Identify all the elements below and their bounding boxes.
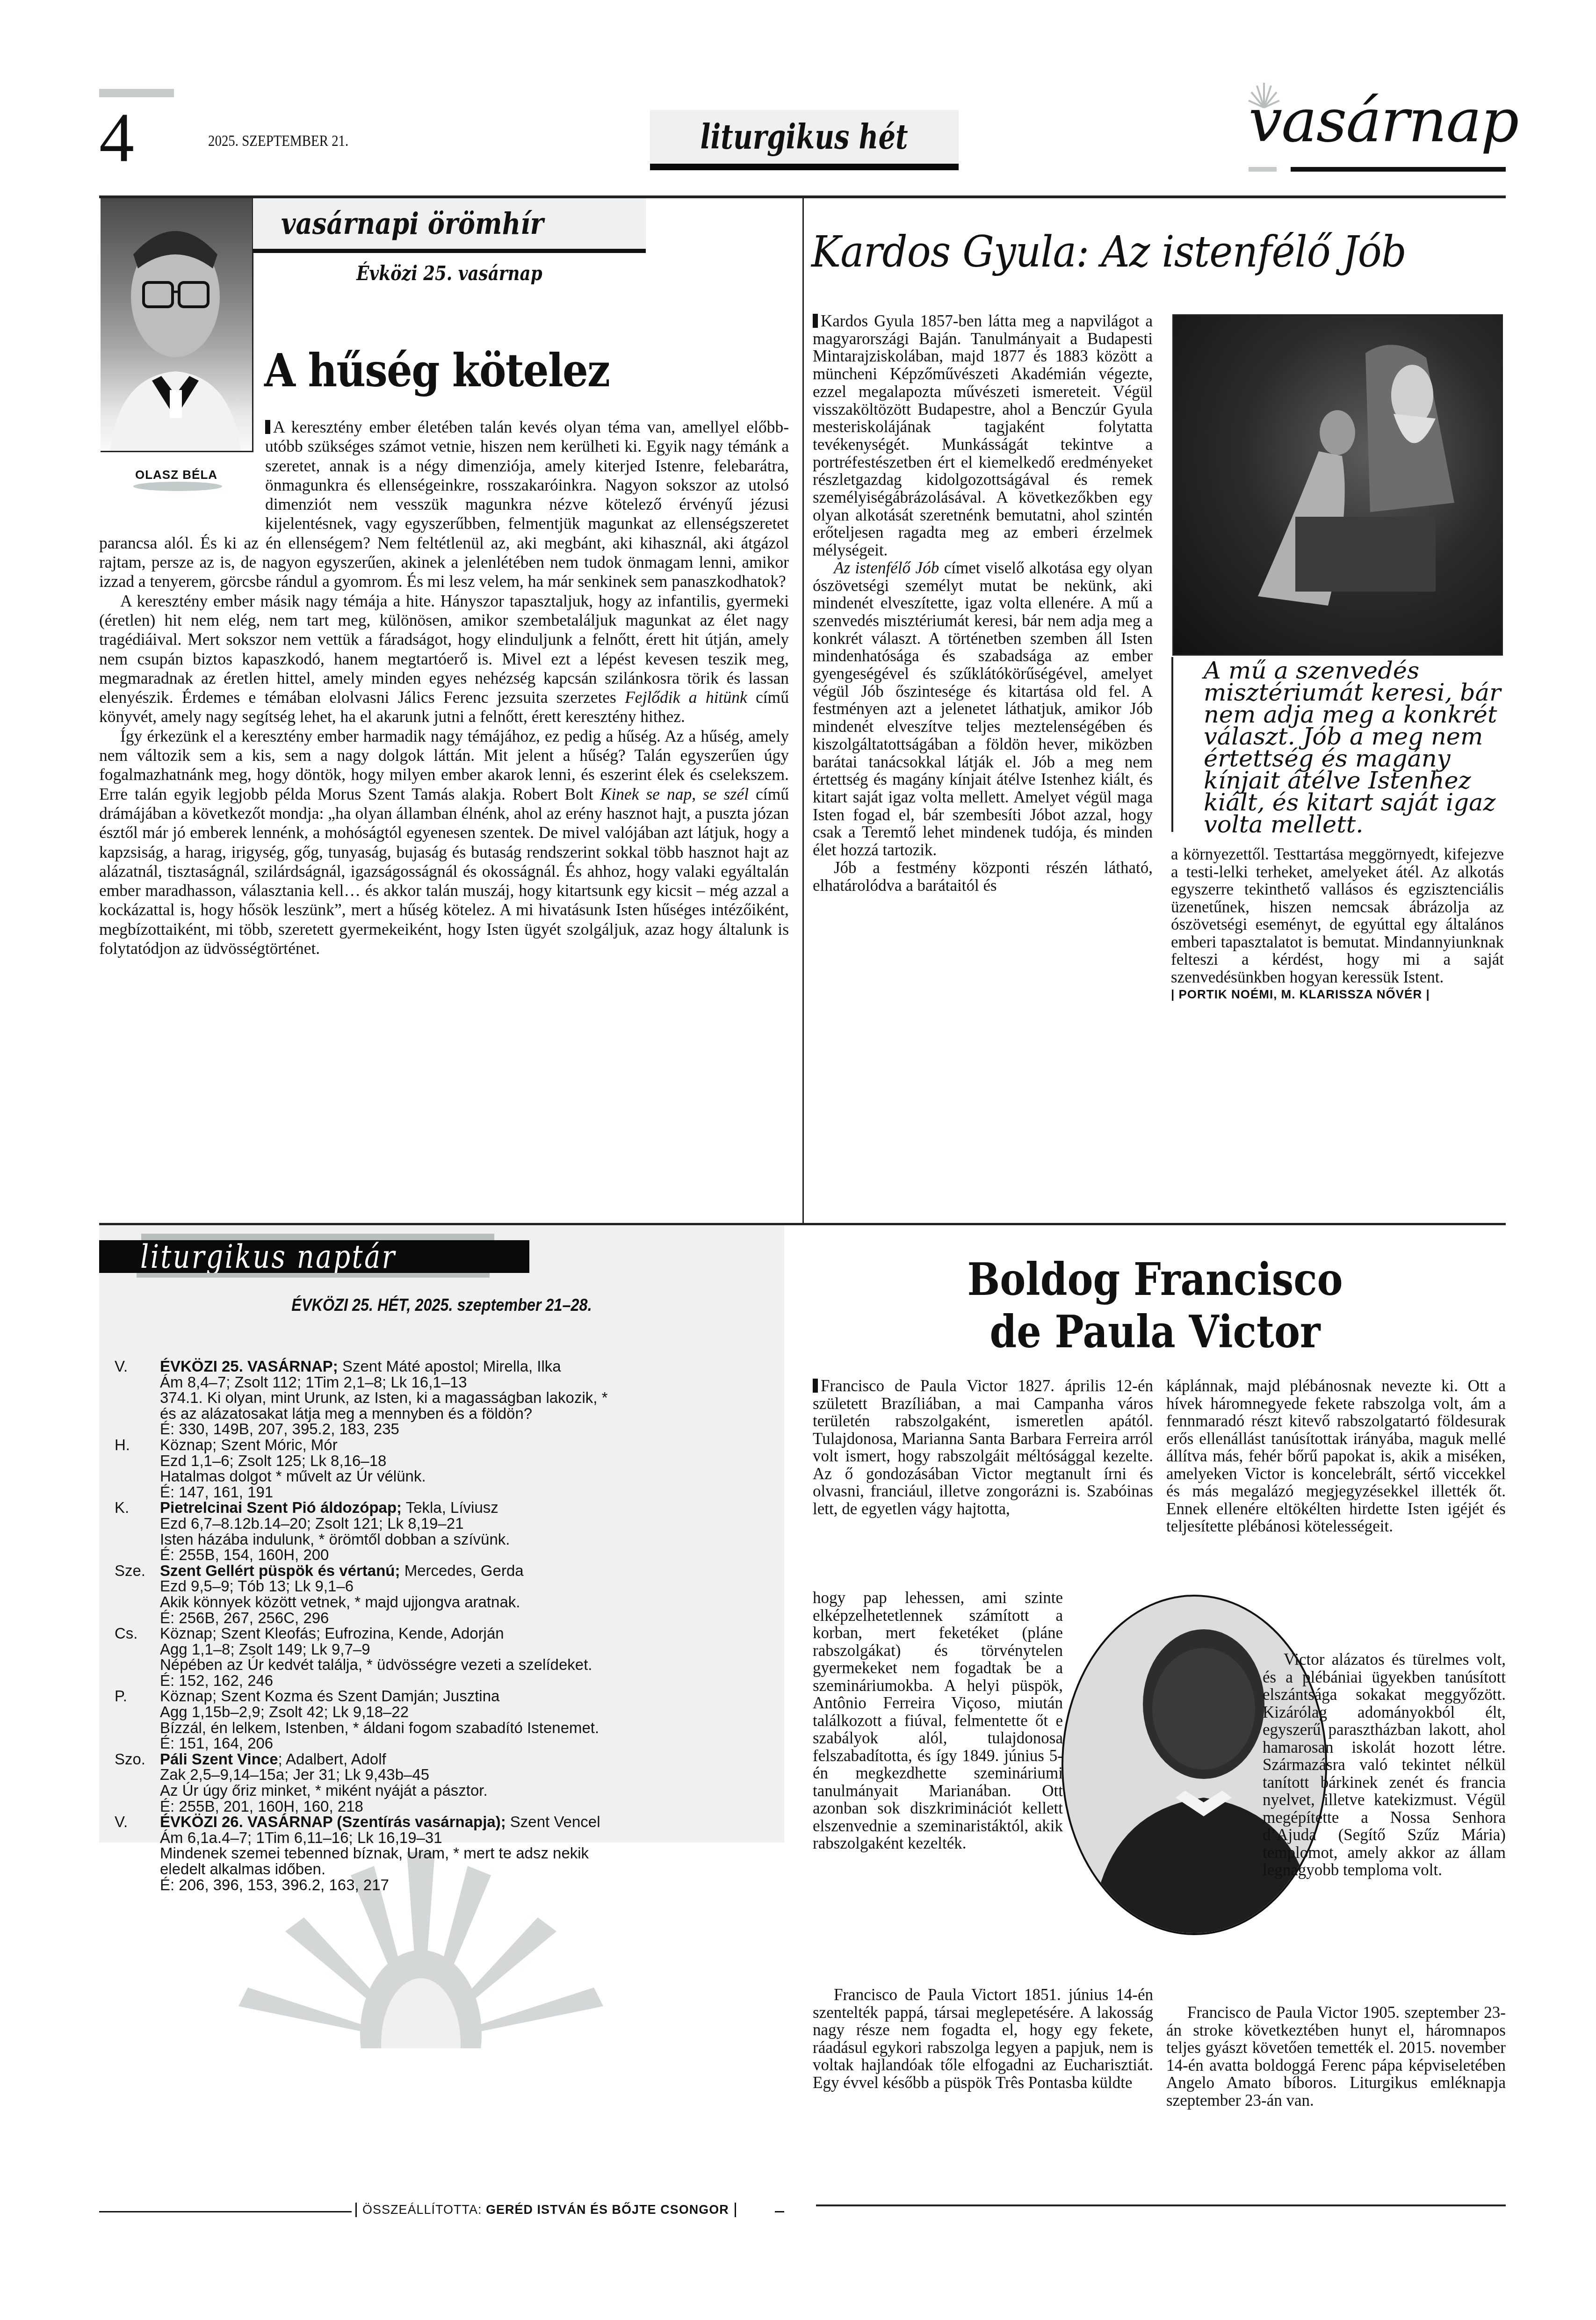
page-number-bar-top	[99, 89, 174, 97]
paragraph: Jób a festmény központi részén látható, …	[813, 859, 1153, 894]
credit-names: GERÉD ISTVÁN ÉS BŐJTE CSONGOR	[486, 2203, 729, 2217]
section-label-box: liturgikus hét	[650, 110, 959, 170]
credit-rule	[775, 2211, 784, 2212]
calendar-header: liturgikus naptár	[99, 1240, 529, 1273]
paragraph: Victor alázatos és türelmes volt, és a p…	[1263, 1651, 1506, 1879]
credit-rule	[99, 2211, 352, 2212]
footer-rule	[816, 2204, 1506, 2206]
page-number: 4	[99, 103, 134, 173]
art-article-col2: a környezettől. Testtartása meggörnyedt,…	[1171, 846, 1504, 1004]
calendar-day: K.Pietrelcinai Szent Pió áldozópap; Tekl…	[115, 1500, 769, 1562]
play-title: Kinek se nap, se szél	[600, 785, 749, 803]
pull-quote: A mű a szenvedés misztériumát keresi, bá…	[1171, 657, 1506, 832]
book-title: Fejlődik a hitünk	[625, 688, 747, 707]
saint-article-col2: káplánnak, majd plébánosnak nevezte ki. …	[1166, 1377, 1506, 1535]
calendar-day: Cs.Köznap; Szent Kleofás; Eufrozina, Ken…	[115, 1626, 769, 1688]
artwork-title: Az istenfélő Jób	[834, 559, 939, 577]
calendar-day: V.ÉVKÖZI 25. VASÁRNAP; Szent Máté aposto…	[115, 1359, 769, 1437]
calendar-day: H.Köznap; Szent Móric, MórEzd 1,1–6; Zso…	[115, 1437, 769, 1500]
column-divider	[802, 198, 804, 1223]
paragraph: A keresztény ember másik nagy témája a h…	[99, 592, 789, 727]
author-photo	[101, 198, 253, 452]
painting-image	[1172, 314, 1503, 656]
calendar-day: V.ÉVKÖZI 26. VASÁRNAP (Szentírás vasárna…	[115, 1814, 769, 1893]
calendar-day: Sze.Szent Gellért püspök és vértanú; Mer…	[115, 1563, 769, 1626]
portrait-icon	[101, 198, 252, 451]
calendar-title: liturgikus naptár	[140, 1237, 396, 1276]
art-article-col1: Kardos Gyula 1857-ben látta meg a napvil…	[813, 312, 1153, 894]
saint-article-col1-bottom: Francisco de Paula Victort 1851. június …	[813, 1986, 1153, 2091]
saint-article-title: Boldog Francisco de Paula Victor	[853, 1253, 1457, 1358]
issue-date: 2025. SZEPTEMBER 21.	[208, 132, 348, 150]
header-accent	[137, 1273, 490, 1278]
logo-underline-gray	[1249, 167, 1277, 172]
art-article-title: Kardos Gyula: Az istenfélő Jób	[811, 227, 1406, 277]
article-headline: A hűség kötelez	[264, 344, 609, 398]
liturgical-day: Évközi 25. vasárnap	[282, 262, 616, 285]
paragraph: Francisco de Paula Victort 1851. június …	[813, 1986, 1153, 2091]
saint-article-col1-wrap: hogy pap lehessen, ami szinte elképzelhe…	[813, 1589, 1063, 1852]
calendar-day: P.Köznap; Szent Kozma és Szent Damján; J…	[115, 1688, 769, 1751]
saint-article-col1: Francisco de Paula Victor 1827. április …	[813, 1377, 1153, 1518]
paragraph: Francisco de Paula Victor 1905. szeptemb…	[1166, 2004, 1506, 2109]
paragraph: káplánnak, majd plébánosnak nevezte ki. …	[1166, 1377, 1506, 1535]
calendar-day-list: V.ÉVKÖZI 25. VASÁRNAP; Szent Máté aposto…	[115, 1359, 769, 1893]
column-kicker: vasárnapi örömhír	[281, 206, 544, 241]
paragraph: a környezettől. Testtartása meggörnyedt,…	[1171, 846, 1504, 986]
text-wrap-spacer	[99, 418, 265, 530]
logo-text: vasárnap	[1249, 91, 1518, 151]
column-kicker-box: vasárnapi örömhír	[253, 198, 646, 253]
calendar-week-label: ÉVKÖZI 25. HÉT, 2025. szeptember 21–28.	[133, 1295, 750, 1315]
paragraph: Így érkezünk el a keresztény ember harma…	[99, 727, 789, 959]
section-label: liturgikus hét	[701, 117, 908, 157]
newspaper-logo: vasárnap	[1244, 91, 1506, 157]
painting-icon	[1174, 316, 1501, 654]
saint-article-col2-wrap: Victor alázatos és türelmes volt, és a p…	[1263, 1651, 1506, 1879]
paragraph: Kardos Gyula 1857-ben látta meg a napvil…	[813, 312, 1153, 559]
calendar-day: Szo.Páli Szent Vince; Adalbert, AdolfZak…	[115, 1751, 769, 1814]
paragraph: hogy pap lehessen, ami szinte elképzelhe…	[813, 1589, 1063, 1852]
article-byline: | PORTIK NOÉMI, M. KLARISSZA NŐVÉR |	[1171, 986, 1504, 1004]
credit-label: ÖSSZEÁLLÍTOTTA:	[362, 2203, 486, 2217]
paragraph: Az istenfélő Jób címet viselő alkotása e…	[813, 559, 1153, 859]
saint-article-col2-bottom: Francisco de Paula Victor 1905. szeptemb…	[1166, 2004, 1506, 2109]
gospel-article-body: A keresztény ember életében talán kevés …	[99, 418, 789, 958]
paragraph: Francisco de Paula Victor 1827. április …	[813, 1377, 1153, 1518]
logo-underline	[1291, 167, 1506, 172]
calendar-credit: ÖSSZEÁLLÍTOTTA: GERÉD ISTVÁN ÉS BŐJTE CS…	[99, 2203, 784, 2221]
